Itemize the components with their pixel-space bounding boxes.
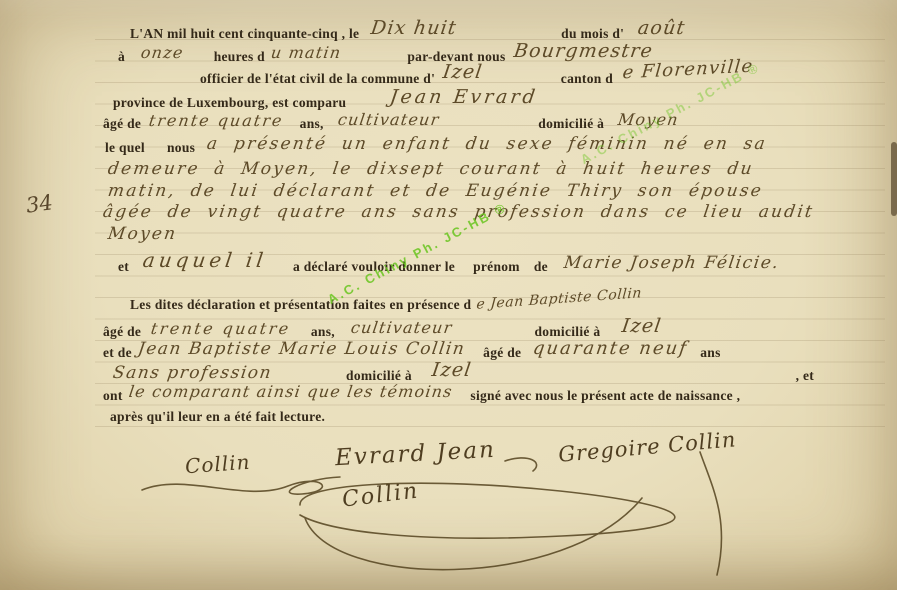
- printed-text: domicilié à: [538, 116, 604, 132]
- handwritten-child-name: Marie Joseph Félicie.: [563, 253, 781, 273]
- act-line-7: demeure à Moyen, le dixsept courant à hu…: [108, 159, 754, 179]
- handwritten-text: le comparant ainsi que les témoins: [127, 382, 453, 401]
- handwritten-commune: Izel: [442, 61, 485, 83]
- handwritten-residence: Izel: [621, 315, 664, 337]
- act-line-17: après qu'il leur en a été fait lecture.: [110, 408, 325, 426]
- scan-edge-artifact: [891, 142, 897, 216]
- signature-collin-center: Collin: [341, 478, 421, 512]
- signature-gregoire-collin: Gregoire Collin: [557, 427, 737, 466]
- handwritten-age: quarante neuf: [532, 338, 690, 359]
- scanned-birth-record: 34 L'AN mil huit cent cinquante-cinq , l…: [0, 0, 897, 590]
- handwritten-profession: Sans profession: [112, 363, 274, 383]
- handwritten-line: âgée de vingt quatre ans sans profession…: [102, 202, 816, 222]
- handwritten-hour: onze: [140, 43, 185, 62]
- handwritten-residence: Moyen: [617, 110, 680, 129]
- act-line-8: matin, de lui déclarant et de Eugénie Th…: [108, 181, 763, 201]
- printed-text: ans,: [300, 116, 324, 132]
- printed-text: ont: [103, 388, 123, 404]
- printed-text: ans: [700, 345, 720, 361]
- act-line-10: Moyen: [108, 224, 177, 244]
- signature-collin-left: Collin: [184, 450, 251, 479]
- printed-text: le quel: [105, 140, 145, 156]
- printed-text: heures d: [214, 49, 265, 65]
- handwritten-day: Dix huit: [370, 17, 459, 39]
- handwritten-line: demeure à Moyen, le dixsept courant à hu…: [107, 159, 756, 179]
- handwritten-witness1-name: e Jean Baptiste Collin: [476, 285, 643, 312]
- printed-text: Les dites déclaration et présentation fa…: [130, 297, 471, 313]
- printed-text: à: [118, 49, 125, 65]
- act-line-11: et auquel il a déclaré vouloir donner le…: [118, 252, 779, 276]
- printed-text: prénom: [473, 259, 520, 275]
- act-line-12: Les dites déclaration et présentation fa…: [130, 296, 642, 314]
- handwritten-declarant-name: Jean Evrard: [389, 86, 540, 108]
- act-line-5: âgé de trente quatre ans, cultivateur do…: [103, 113, 679, 133]
- printed-text: nous: [167, 140, 195, 156]
- printed-text: et: [118, 259, 129, 275]
- handwritten-witness2-name: Jean Baptiste Marie Louis Collin: [136, 339, 466, 359]
- signature-evrard-jean: Evrard Jean: [334, 437, 496, 471]
- handwritten-line: matin, de lui déclarant et de Eugénie Th…: [107, 181, 765, 201]
- act-margin-number: 34: [24, 190, 54, 217]
- act-line-14: et de Jean Baptiste Marie Louis Collin â…: [103, 341, 721, 362]
- printed-text: officier de l'état civil de la commune d…: [200, 71, 435, 87]
- printed-text: âgé de: [483, 345, 521, 361]
- printed-text: signé avec nous le présent acte de naiss…: [470, 388, 740, 404]
- printed-text: âgé de: [103, 116, 141, 132]
- handwritten-age: trente quatre: [148, 111, 285, 130]
- printed-text: âgé de: [103, 324, 141, 340]
- printed-text: de: [534, 259, 548, 275]
- handwritten-age: trente quatre: [150, 319, 292, 338]
- handwritten-line: Moyen: [107, 224, 179, 244]
- act-line-3: officier de l'état civil de la commune d…: [200, 66, 753, 88]
- printed-text: ans,: [311, 324, 335, 340]
- printed-text: canton d: [561, 71, 613, 87]
- handwritten-residence: Izel: [430, 359, 473, 381]
- printed-text: et de: [103, 345, 132, 361]
- printed-text: L'AN mil huit cent cinquante-cinq , le: [130, 26, 359, 42]
- handwritten-month: août: [637, 17, 688, 39]
- act-line-9: âgée de vingt quatre ans sans profession…: [103, 202, 814, 222]
- act-line-16: ont le comparant ainsi que les témoins s…: [103, 385, 740, 405]
- printed-text: , et: [796, 368, 814, 384]
- act-line-2: à onze heures d u matin par-devant nous …: [118, 44, 653, 66]
- act-line-6: le quel nous a présenté un enfant du sex…: [105, 137, 767, 157]
- handwritten-line: a présenté un enfant du sexe féminin né …: [206, 134, 769, 154]
- act-line-4: province de Luxembourg, est comparu Jean…: [113, 90, 538, 112]
- handwritten-profession: cultivateur: [336, 110, 440, 129]
- handwritten-text: auquel il: [141, 248, 268, 272]
- handwritten-profession: cultivateur: [350, 318, 454, 337]
- handwritten-time-of-day: u matin: [270, 43, 343, 62]
- printed-text: province de Luxembourg, est comparu: [113, 95, 346, 111]
- printed-text: a déclaré vouloir donner le: [293, 259, 455, 275]
- printed-text: après qu'il leur en a été fait lecture.: [110, 409, 325, 425]
- handwritten-officer-title: Bourgmestre: [512, 40, 654, 62]
